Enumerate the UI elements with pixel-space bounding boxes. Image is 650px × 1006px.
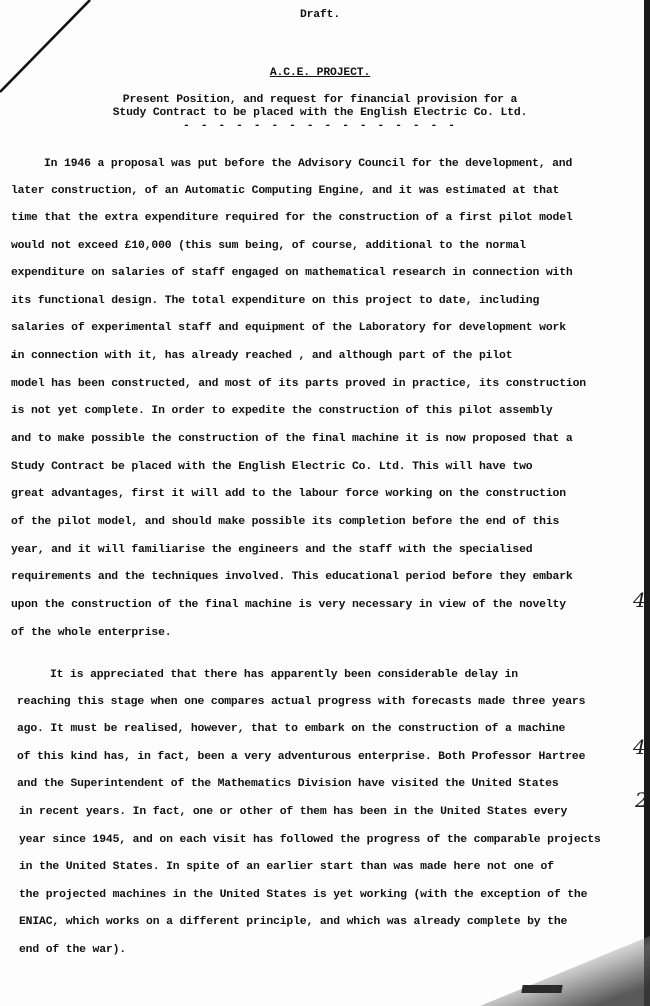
text-line: In 1946 a proposal was put before the Ad… [44,157,572,171]
handwritten-margin-mark: 4 [633,588,646,612]
text-line: It is appreciated that there has apparen… [50,668,518,682]
text-line: requirements and the techniques involved… [11,570,573,584]
text-line: the projected machines in the United Sta… [19,888,587,902]
handwritten-margin-mark: 2 [635,788,648,812]
text-line: salaries of experimental staff and equip… [11,321,566,335]
text-line: in connection with it, has already reach… [11,349,512,363]
obscured-text-smudge [521,985,562,993]
title-separator: - - - - - - - - - - - - - - - - [0,119,640,133]
text-line: of the whole enterprise. [11,626,171,640]
text-line: expenditure on salaries of staff engaged… [11,266,573,280]
text-line: is not yet complete. In order to expedit… [11,404,553,418]
text-line: reaching this stage when one compares ac… [17,695,585,709]
text-line: of this kind has, in fact, been a very a… [17,750,585,764]
text-line: would not exceed £10,000 (this sum being… [11,239,526,253]
text-line: Study Contract be placed with the Englis… [11,460,532,474]
text-line: and the Superintendent of the Mathematic… [17,777,559,791]
text-line: in the United States. In spite of an ear… [19,860,554,874]
text-line: great advantages, first it will add to t… [11,487,566,501]
subtitle-line-2: Study Contract to be placed with the Eng… [0,106,640,120]
subtitle-line-1: Present Position, and request for financ… [0,93,640,107]
text-line: of the pilot model, and should make poss… [11,515,559,529]
text-line: its functional design. The total expendi… [11,294,539,308]
text-line: in recent years. In fact, one or other o… [19,805,567,819]
text-line: year since 1945, and on each visit has f… [19,833,601,847]
text-line: end of the war). [19,943,126,957]
document-page: Draft. A.C.E. PROJECT. Present Position,… [0,0,650,1006]
text-line: ago. It must be realised, however, that … [17,722,565,736]
text-line: model has been constructed, and most of … [11,377,586,391]
text-line: upon the construction of the final machi… [11,598,566,612]
text-line: ENIAC, which works on a different princi… [19,915,567,929]
handwritten-margin-mark: 4 [633,735,646,759]
text-line: later construction, of an Automatic Comp… [11,184,559,198]
text-line: and to make possible the construction of… [11,432,573,446]
scan-edge-border [644,0,650,1006]
text-line: year, and it will familiarise the engine… [11,543,532,557]
scan-shadow [480,936,650,1006]
document-title: A.C.E. PROJECT. [0,66,640,80]
text-line: time that the extra expenditure required… [11,211,573,225]
draft-label: Draft. [0,8,640,22]
